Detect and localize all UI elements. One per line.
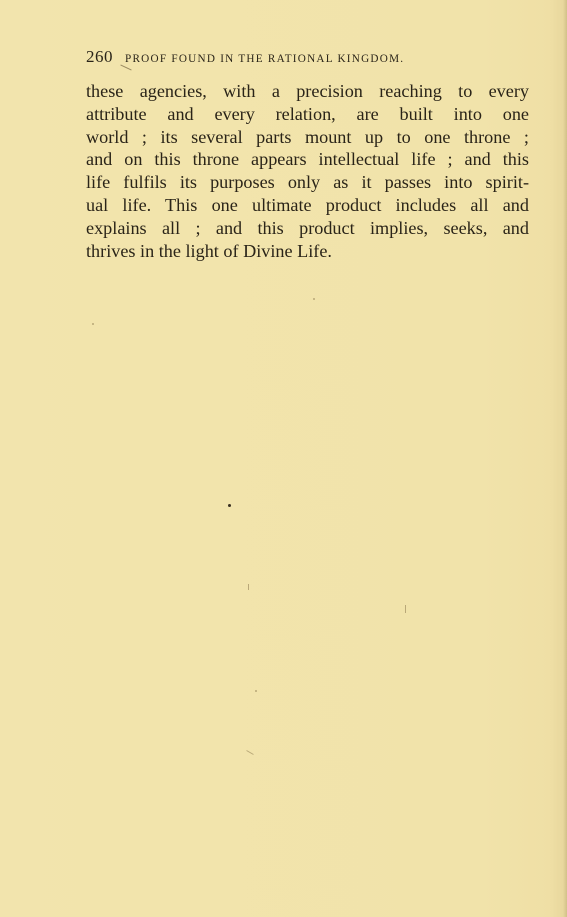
text-line: these agencies, with a precision reachin… (86, 80, 529, 103)
paper-speck (246, 750, 253, 755)
text-line: thrives in the light of Divine Life. (86, 240, 529, 263)
page-header: 260 PROOF FOUND IN THE RATIONAL KINGDOM. (86, 47, 486, 67)
body-paragraph: these agencies, with a precision reachin… (86, 80, 529, 262)
page-edge-shadow (563, 0, 567, 917)
paper-speck (255, 690, 257, 692)
text-line: attribute and every relation, are built … (86, 103, 529, 126)
text-line: world ; its several parts mount up to on… (86, 126, 529, 149)
paper-speck (313, 298, 315, 300)
text-line: life fulfils its purposes only as it pas… (86, 171, 529, 194)
paper-speck (228, 504, 231, 507)
book-page: 260 PROOF FOUND IN THE RATIONAL KINGDOM.… (0, 0, 567, 917)
paper-speck (405, 605, 406, 613)
paper-speck (248, 584, 249, 590)
running-head: PROOF FOUND IN THE RATIONAL KINGDOM. (125, 53, 404, 65)
text-line: explains all ; and this product implies,… (86, 217, 529, 240)
paper-speck (92, 323, 94, 325)
page-number: 260 (86, 47, 113, 67)
text-line: and on this throne appears intellectual … (86, 148, 529, 171)
text-line: ual life. This one ultimate product incl… (86, 194, 529, 217)
